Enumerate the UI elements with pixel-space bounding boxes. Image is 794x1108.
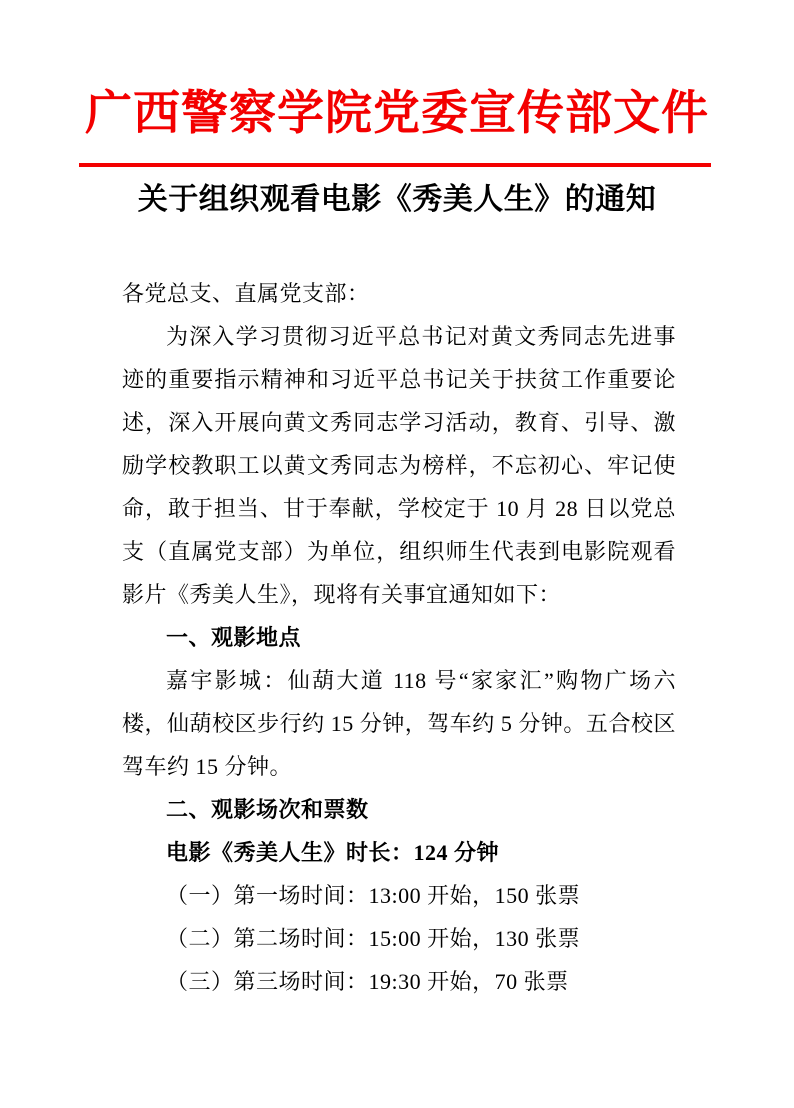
movie-duration-line: 电影《秀美人生》时长：124 分钟 (122, 831, 676, 874)
showtime-line-2: （二）第二场时间：15:00 开始，130 张票 (122, 917, 676, 960)
document-header-title: 广西警察学院党委宣传部文件 (0, 84, 794, 144)
salutation: 各党总支、直属党支部： (122, 272, 676, 315)
showtime-line-1: （一）第一场时间：13:00 开始，150 张票 (122, 874, 676, 917)
section-1-heading: 一、观影地点 (122, 616, 676, 659)
document-body: 各党总支、直属党支部： 为深入学习贯彻习近平总书记对黄文秀同志先进事迹的重要指示… (122, 272, 676, 1003)
red-divider-line (79, 163, 711, 167)
intro-paragraph: 为深入学习贯彻习近平总书记对黄文秀同志先进事迹的重要指示精神和习近平总书记关于扶… (122, 315, 676, 616)
showtime-line-3: （三）第三场时间：19:30 开始，70 张票 (122, 960, 676, 1003)
section-1-text: 嘉宇影城：仙葫大道 118 号“家家汇”购物广场六楼，仙葫校区步行约 15 分钟… (122, 659, 676, 788)
document-title: 关于组织观看电影《秀美人生》的通知 (0, 180, 794, 220)
document-page: 广西警察学院党委宣传部文件 关于组织观看电影《秀美人生》的通知 各党总支、直属党… (0, 0, 794, 1108)
section-2-heading: 二、观影场次和票数 (122, 788, 676, 831)
